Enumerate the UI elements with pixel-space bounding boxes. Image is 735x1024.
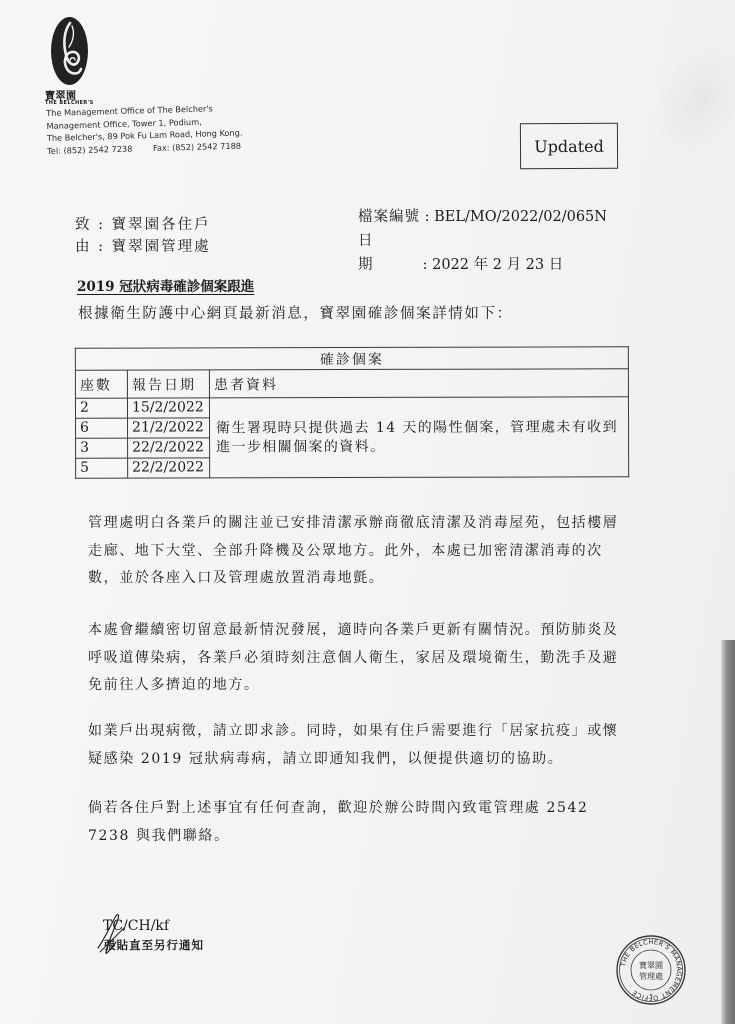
- symptoms-paragraph: 如業戶出現病徵，請立即求診。同時，如果有住戶需要進行「居家抗疫」或懷疑感染 20…: [88, 718, 633, 773]
- colon: :: [98, 239, 112, 255]
- reference-line: 檔案編號 : BEL/MO/2022/02/065N: [358, 205, 607, 229]
- reference-initials: TC/CH/kf: [103, 918, 169, 934]
- patient-info: 衛生署現時只提供過去 14 天的陽性個案，管理處未有收到進一步相關個案的資料。: [209, 397, 628, 478]
- document-page: 寶翠園 THE BELCHER'S The Management Office …: [0, 0, 735, 1024]
- colon: :: [98, 217, 112, 233]
- seal-star: *: [650, 993, 653, 1000]
- reference-label: 檔案編號: [358, 209, 420, 225]
- report-date: 15/2/2022: [127, 398, 209, 418]
- updated-stamp: Updated: [520, 123, 618, 170]
- column-header-report-date: 報告日期: [127, 370, 209, 398]
- recipient-block: 致 : 寶翠園各住戶 由 : 寶翠園管理處: [75, 214, 211, 258]
- management-office-seal-icon: THE BELCHER'S MANAGEMENT OFFICE 寶翠園 管理處 …: [615, 934, 687, 1006]
- to-label: 致: [75, 217, 92, 233]
- colon: :: [420, 209, 434, 225]
- colon: :: [418, 257, 432, 273]
- to-value: 寶翠園各住戶: [112, 217, 211, 233]
- table-row: 2 15/2/2022 衛生署現時只提供過去 14 天的陽性個案，管理處未有收到…: [75, 397, 628, 418]
- cleaning-paragraph: 管理處明白各業戶的關注並已安排清潔承辦商徹底清潔及消毒屋苑，包括樓層走廊、地下大…: [88, 510, 633, 593]
- column-header-patient-info: 患者資料: [209, 369, 628, 398]
- intro-text: 根據衛生防護中心網頁最新消息，寶翠園確診個案詳情如下：: [78, 302, 513, 323]
- fax-number: Fax: (852) 2542 7188: [153, 140, 241, 152]
- reference-number: BEL/MO/2022/02/065N: [434, 209, 607, 225]
- telephone-number: Tel: (852) 2542 7238: [47, 143, 132, 155]
- file-info-block: 檔案編號 : BEL/MO/2022/02/065N 日期 : 2022 年 2…: [358, 205, 607, 277]
- confirmed-cases-table: 確診個案 座數 報告日期 患者資料 2 15/2/2022 衛生署現時只提供過去…: [75, 346, 629, 478]
- date-label: 日期: [358, 229, 418, 277]
- seal-center-line-2: 管理處: [639, 971, 663, 981]
- posting-notice: 張貼直至另行通知: [104, 937, 204, 953]
- date-label-part: 期: [358, 257, 374, 273]
- table-title-row: 確診個案: [75, 347, 628, 370]
- belchers-logo-icon: [51, 17, 88, 85]
- report-date: 22/2/2022: [128, 438, 210, 458]
- from-label: 由: [75, 239, 92, 255]
- block-number: 2: [75, 398, 127, 418]
- page-edge-shadow: [721, 640, 735, 1024]
- date-line: 日期 : 2022 年 2 月 23 日: [358, 229, 607, 277]
- from-line: 由 : 寶翠園管理處: [75, 236, 211, 258]
- report-date: 22/2/2022: [128, 458, 210, 478]
- date-value: 2022 年 2 月 23 日: [432, 257, 563, 273]
- column-header-block: 座數: [75, 370, 127, 398]
- report-date: 21/2/2022: [128, 418, 210, 438]
- hygiene-paragraph: 本處會繼續密切留意最新情況發展，適時向各業戶更新有關情況。預防肺炎及呼吸道傳染病…: [88, 617, 633, 700]
- table-title: 確診個案: [75, 347, 628, 370]
- paper-crease: [635, 28, 735, 172]
- to-line: 致 : 寶翠園各住戶: [75, 214, 211, 236]
- block-number: 6: [76, 418, 128, 438]
- from-value: 寶翠園管理處: [112, 239, 211, 255]
- enquiry-paragraph: 倘若各住戶對上述事宜有任何查詢，歡迎於辦公時間內致電管理處 2542 7238 …: [88, 795, 633, 850]
- date-label-part: 日: [358, 233, 374, 249]
- table-header-row: 座數 報告日期 患者資料: [75, 369, 628, 398]
- block-number: 3: [76, 438, 128, 458]
- notice-subject: 2019 冠狀病毒確診個案跟進: [77, 275, 254, 295]
- office-address: The Management Office of The Belcher's M…: [46, 102, 243, 157]
- block-number: 5: [76, 458, 128, 478]
- seal-center-line-1: 寶翠園: [639, 960, 663, 970]
